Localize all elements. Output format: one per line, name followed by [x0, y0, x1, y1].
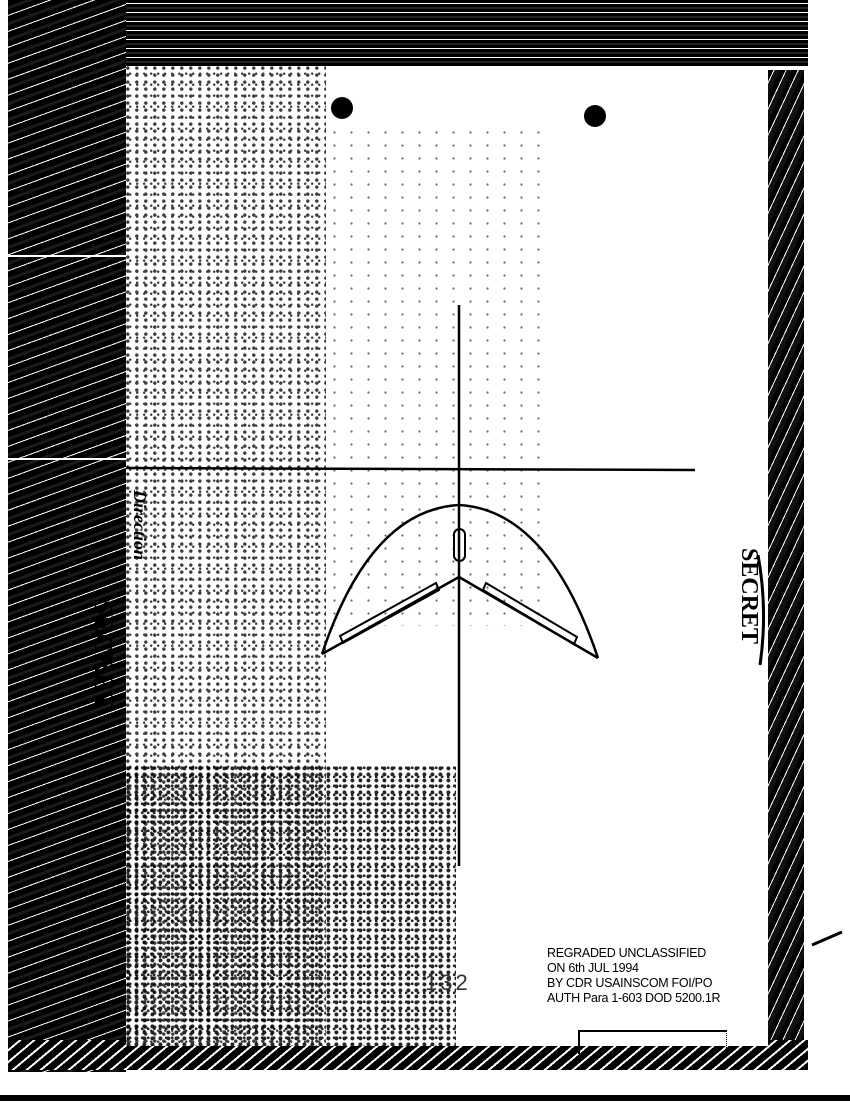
scan-border-left	[8, 0, 126, 1072]
scan-border-right	[768, 70, 804, 1060]
classification-marking-left: SECRET	[88, 600, 118, 710]
punch-hole-icon	[331, 97, 353, 119]
scan-border-top	[8, 0, 808, 66]
scan-line	[8, 458, 126, 460]
stamp-line-1: REGRADED UNCLASSIFIED	[547, 946, 720, 961]
stamp-line-4: AUTH Para 1-603 DOD 5200.1R	[547, 991, 720, 1006]
paper-sheet	[126, 66, 768, 1046]
handwritten-note: Direction	[129, 490, 150, 560]
scan-noise	[326, 126, 546, 626]
stamp-line-2: ON 6th JUL 1994	[547, 961, 720, 976]
classification-marking-right: SECRET	[735, 548, 762, 644]
page-number: 132	[425, 970, 471, 996]
page-bottom-edge	[0, 1095, 850, 1101]
scan-noise	[126, 766, 456, 1046]
stamp-line-3: BY CDR USAINSCOM FOI/PO	[547, 976, 720, 991]
punch-hole-icon	[584, 105, 606, 127]
stamp-box	[578, 1030, 727, 1054]
regrade-stamp: REGRADED UNCLASSIFIED ON 6th JUL 1994 BY…	[547, 946, 720, 1006]
scan-line	[8, 255, 126, 257]
